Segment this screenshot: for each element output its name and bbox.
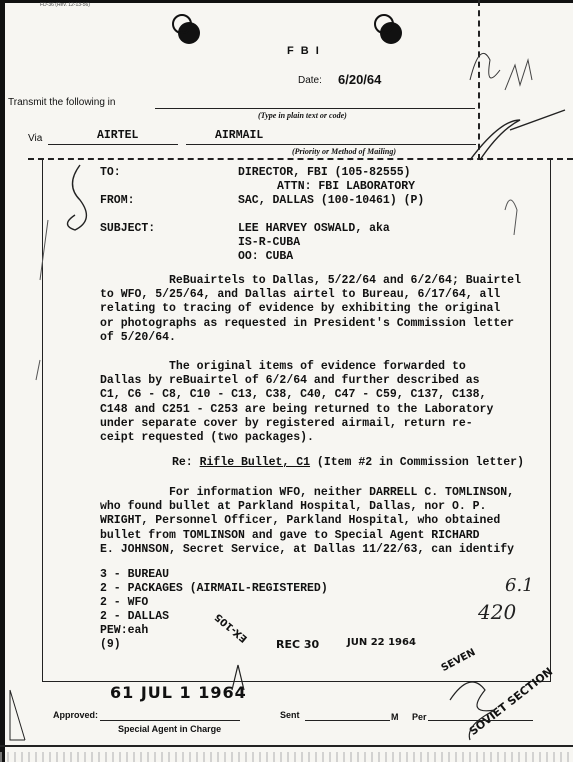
scan-noise	[0, 752, 573, 762]
margin-initial-scribble	[68, 165, 87, 230]
margin-note-scribble	[36, 220, 48, 380]
handwritten-annotations	[0, 0, 573, 762]
initials-scribble	[470, 53, 500, 80]
reviewer-signature	[450, 682, 495, 740]
signature-scribble	[505, 60, 532, 90]
margin-right-scribble	[505, 200, 517, 235]
check-mark-scribble	[470, 110, 565, 160]
caret-mark	[232, 665, 244, 690]
fbi-airtel-document: FD-36 (Rev. 12-13-56) F B I Date: 6/20/6…	[0, 0, 573, 762]
page-bottom-rule	[0, 745, 573, 747]
corner-mark	[10, 690, 25, 740]
